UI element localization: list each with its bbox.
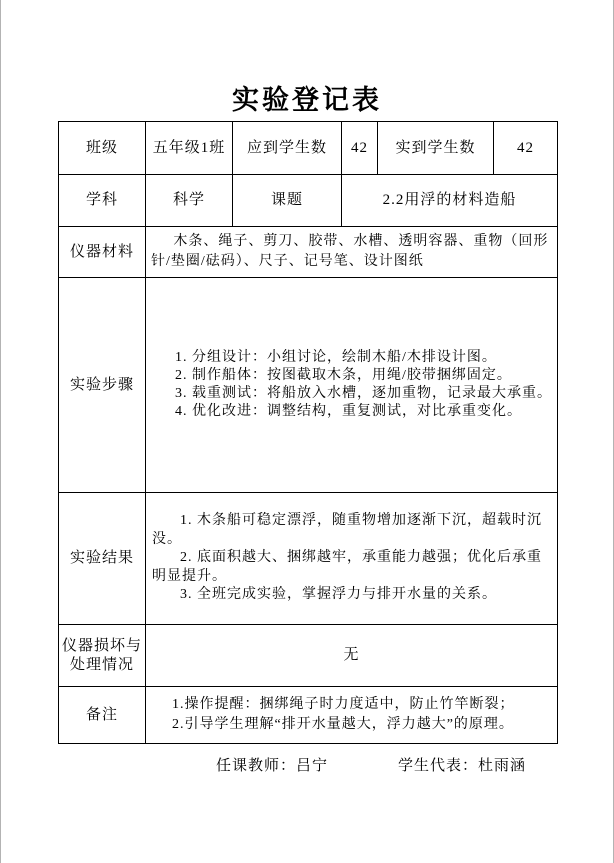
subject-label-cell: 学科 [59,175,146,227]
result-item: 3. 全班完成实验，掌握浮力与排开水量的关系。 [152,586,549,604]
actual-count-label-cell: 实到学生数 [378,122,494,175]
step-item: 2. 制作船体：按图截取木条，用绳/胶带捆绑固定。 [175,367,551,385]
topic-value-cell: 2.2用浮的材料造船 [342,175,558,227]
results-value-cell: 1. 木条船可稳定漂浮，随重物增加逐渐下沉，超载时沉没。 2. 底面积越大、捆绑… [146,493,558,625]
damage-label-cell: 仪器损坏与处理情况 [59,625,146,687]
step-item: 4. 优化改进：调整结构，重复测试，对比承重变化。 [175,403,551,421]
remarks-label-cell: 备注 [59,687,146,744]
steps-value-cell: 1. 分组设计：小组讨论，绘制木船/木排设计图。 2. 制作船体：按图截取木条，… [146,278,558,493]
teacher-signature: 任课教师：吕宁 [216,754,328,775]
remarks-value-cell: 1.操作提醒：捆绑绳子时力度适中，防止竹竿断裂； 2.引导学生理解“排开水量越大… [146,687,558,744]
results-label-cell: 实验结果 [59,493,146,625]
document-page: 实验登记表 班级 五年级1班 应到学生数 42 实到学生数 42 学科 科学 课… [0,0,614,863]
student-signature: 学生代表：杜雨涵 [398,754,526,775]
remark-item: 2.引导学生理解“排开水量越大，浮力越大”的原理。 [172,715,549,735]
step-item: 1. 分组设计：小组讨论，绘制木船/木排设计图。 [175,349,551,367]
step-item: 3. 载重测试：将船放入水槽，逐加重物，记录最大承重。 [175,385,551,403]
materials-value-cell: 木条、绳子、剪刀、胶带、水槽、透明容器、重物（回形针/垫圈/砝码）、尺子、记号笔… [146,227,558,278]
topic-label-cell: 课题 [233,175,342,227]
result-item: 1. 木条船可稳定漂浮，随重物增加逐渐下沉，超载时沉没。 [152,512,549,549]
page-title: 实验登记表 [1,78,613,117]
table-row: 仪器材料 木条、绳子、剪刀、胶带、水槽、透明容器、重物（回形针/垫圈/砝码）、尺… [59,227,558,278]
expected-count-label-cell: 应到学生数 [233,122,342,175]
table-row: 实验步骤 1. 分组设计：小组讨论，绘制木船/木排设计图。 2. 制作船体：按图… [59,278,558,493]
materials-text: 木条、绳子、剪刀、胶带、水槽、透明容器、重物（回形针/垫圈/砝码）、尺子、记号笔… [151,232,551,273]
table-row: 备注 1.操作提醒：捆绑绳子时力度适中，防止竹竿断裂； 2.引导学生理解“排开水… [59,687,558,744]
table-row: 仪器损坏与处理情况 无 [59,625,558,687]
class-label-cell: 班级 [59,122,146,175]
class-value-cell: 五年级1班 [146,122,233,175]
table-row: 班级 五年级1班 应到学生数 42 实到学生数 42 [59,122,558,175]
damage-value-cell: 无 [146,625,558,687]
subject-value-cell: 科学 [146,175,233,227]
signature-footer: 任课教师：吕宁 学生代表：杜雨涵 [216,754,526,775]
table-row: 学科 科学 课题 2.2用浮的材料造船 [59,175,558,227]
experiment-registration-table: 班级 五年级1班 应到学生数 42 实到学生数 42 学科 科学 课题 2.2用… [58,121,558,744]
steps-label-cell: 实验步骤 [59,278,146,493]
actual-count-value-cell: 42 [494,122,558,175]
table-row: 实验结果 1. 木条船可稳定漂浮，随重物增加逐渐下沉，超载时沉没。 2. 底面积… [59,493,558,625]
expected-count-value-cell: 42 [342,122,378,175]
materials-label-cell: 仪器材料 [59,227,146,278]
result-item: 2. 底面积越大、捆绑越牢，承重能力越强；优化后承重明显提升。 [152,549,549,586]
remark-item: 1.操作提醒：捆绑绳子时力度适中，防止竹竿断裂； [172,695,549,715]
